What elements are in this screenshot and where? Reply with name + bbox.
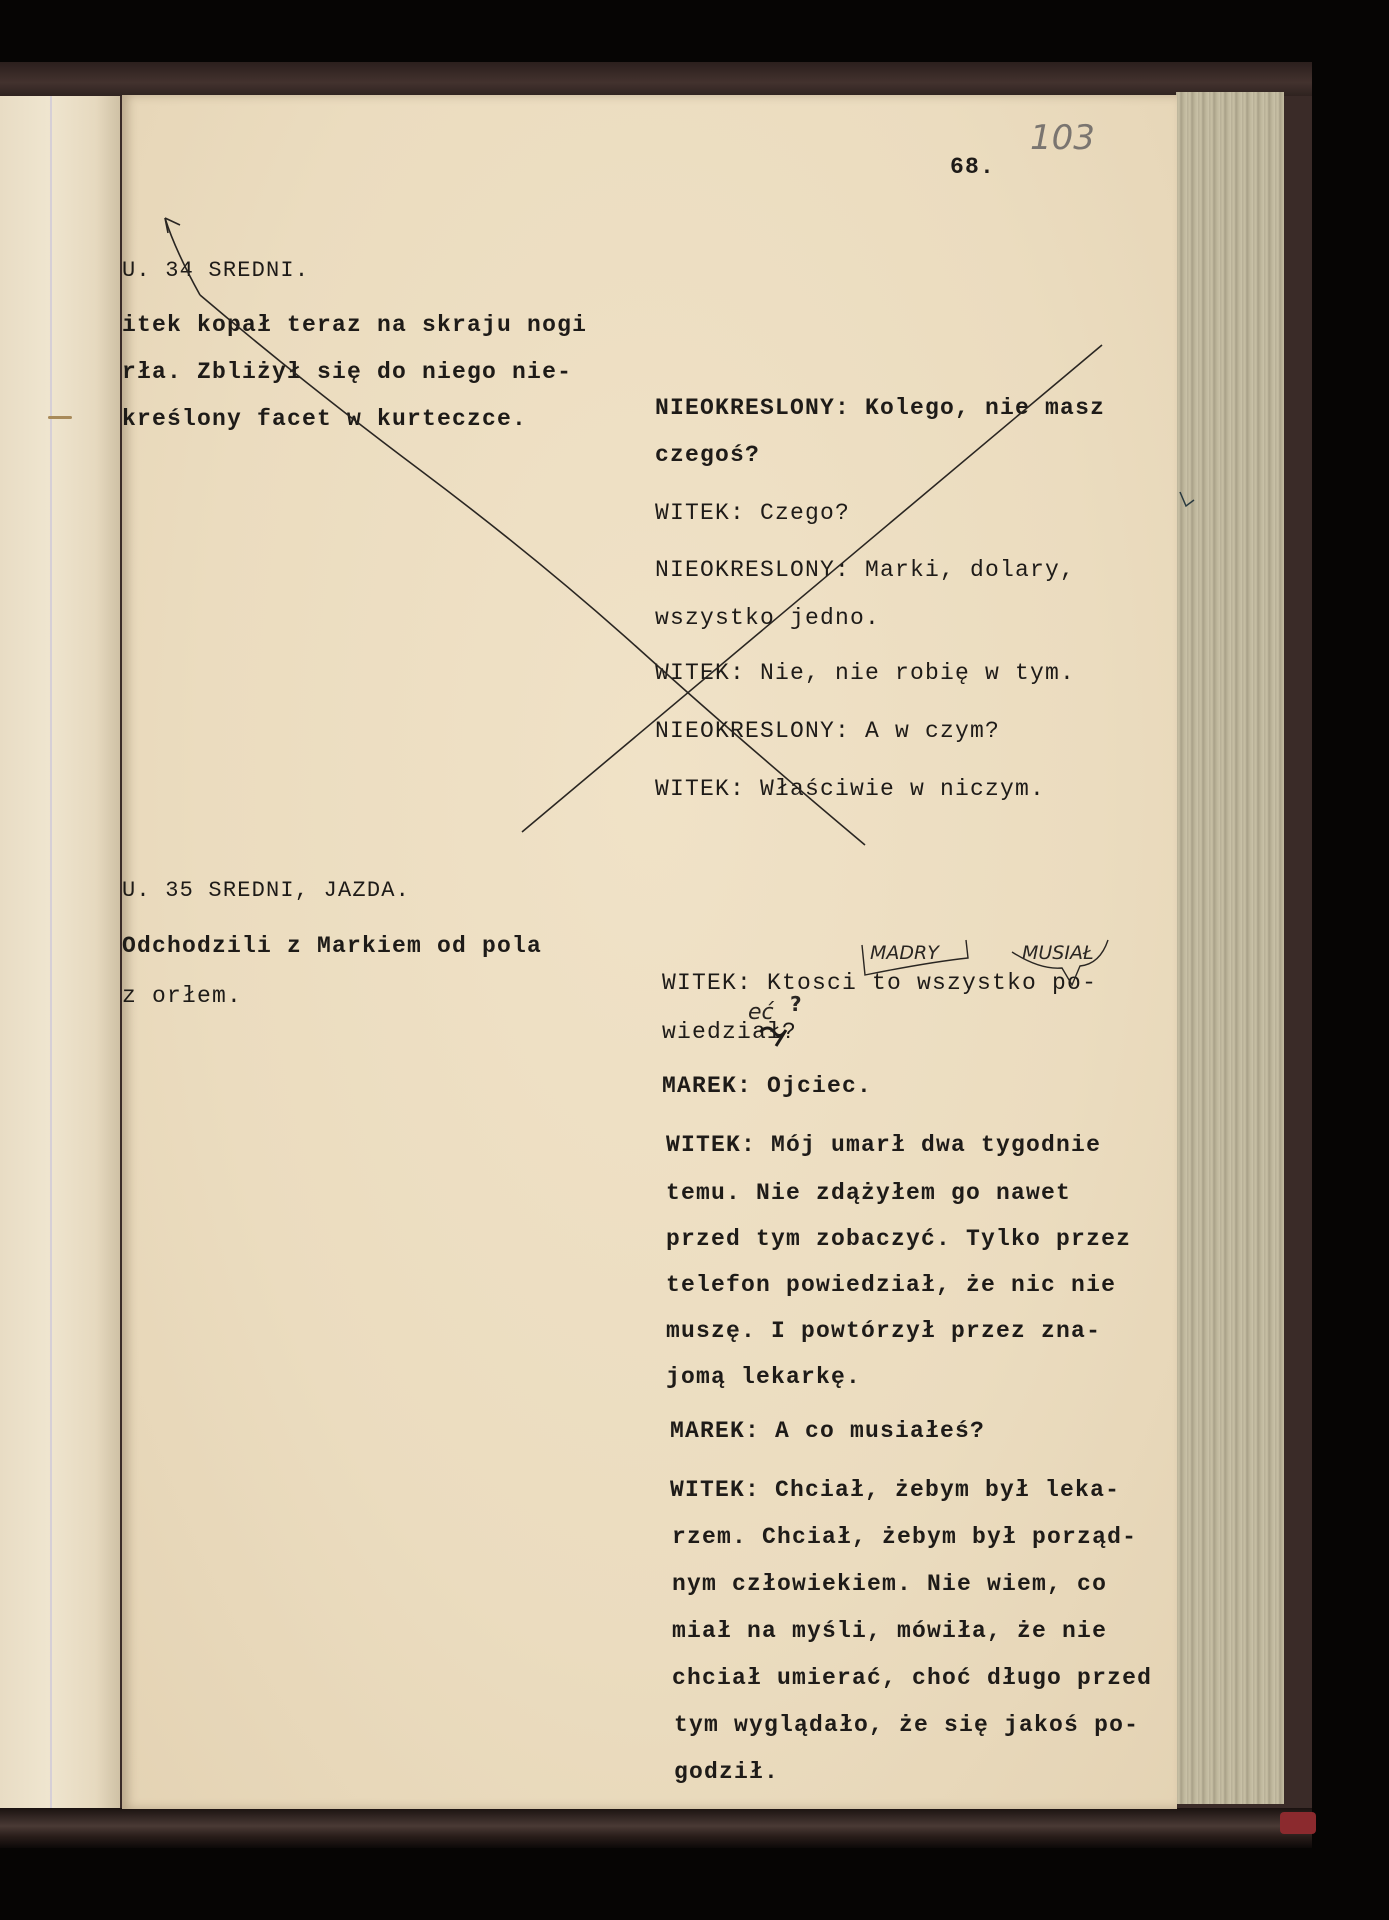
dialogue-line: rzem. Chciał, żebym był porząd-: [672, 1524, 1137, 1550]
left-page-mark: [48, 416, 72, 419]
scene-35-line: z orłem.: [122, 983, 242, 1009]
book-cover-bottom-edge: [0, 1808, 1312, 1848]
page-number: 68.: [950, 154, 995, 180]
crossed-dialogue-line: wszystko jedno.: [655, 605, 880, 631]
crossed-dialogue-line: WITEK: Właściwie w niczym.: [655, 776, 1045, 802]
scene-heading-34: U. 34 SREDNI.: [122, 258, 309, 283]
scene-34-line: kreślony facet w kurteczce.: [122, 406, 527, 432]
scene-35-line: Odchodzili z Markiem od pola: [122, 933, 542, 959]
dialogue-line: telefon powiedział, że nic nie: [666, 1272, 1116, 1298]
dialogue-line: miał na myśli, mówiła, że nie: [672, 1618, 1107, 1644]
dialogue-line: MAREK: A co musiałeś?: [670, 1418, 985, 1444]
dialogue-line: WITEK: Ktosci to wszystko po-: [662, 970, 1097, 996]
dialogue-line: tym wyglądało, że się jakoś po-: [674, 1712, 1139, 1738]
crossed-dialogue-line: NIEOKRESLONY: A w czym?: [655, 718, 1000, 744]
dialogue-line: WITEK: Mój umarł dwa tygodnie: [666, 1132, 1101, 1158]
book-cover-top-edge: [0, 62, 1312, 96]
dialogue-line: jomą lekarkę.: [666, 1364, 861, 1390]
page-edges-stack: [1176, 92, 1284, 1804]
crossed-dialogue-line: WITEK: Czego?: [655, 500, 850, 526]
crossed-dialogue-line: NIEOKRESLONY: Kolego, nie masz: [655, 395, 1105, 421]
handwritten-insert-madry: MADRY: [870, 942, 939, 964]
crossed-dialogue-line: WITEK: Nie, nie robię w tym.: [655, 660, 1075, 686]
scene-34-line: itek kopał teraz na skraju nogi: [122, 312, 587, 338]
scene-heading-35: U. 35 SREDNI, JAZDA.: [122, 878, 410, 903]
dialogue-line: temu. Nie zdążyłem go nawet: [666, 1180, 1071, 1206]
left-page: [0, 96, 120, 1808]
dialogue-line: wiedział?: [662, 1019, 797, 1045]
handwritten-question-mark: ?: [790, 992, 802, 1016]
crossed-dialogue-line: NIEOKRESLONY: Marki, dolary,: [655, 557, 1075, 583]
dialogue-line: chciał umierać, choć długo przed: [672, 1665, 1152, 1691]
dialogue-line: WITEK: Chciał, żebym był leka-: [670, 1477, 1120, 1503]
dialogue-line: muszę. I powtórzył przez zna-: [666, 1318, 1101, 1344]
handwritten-correction: eć: [748, 1000, 774, 1025]
archive-page-number: 103: [1030, 118, 1095, 158]
dialogue-line: przed tym zobaczyć. Tylko przez: [666, 1226, 1131, 1252]
dialogue-line: godził.: [674, 1759, 779, 1785]
dialogue-line: MAREK: Ojciec.: [662, 1073, 872, 1099]
dialogue-line: nym człowiekiem. Nie wiem, co: [672, 1571, 1107, 1597]
crossed-dialogue-line: czegoś?: [655, 442, 760, 468]
left-page-fold-line: [50, 96, 52, 1808]
scene-34-line: rła. Zbliżył się do niego nie-: [122, 359, 572, 385]
handwritten-insert-musial: MUSIAŁ: [1022, 942, 1094, 964]
cover-corner-red-mark: [1280, 1812, 1316, 1834]
